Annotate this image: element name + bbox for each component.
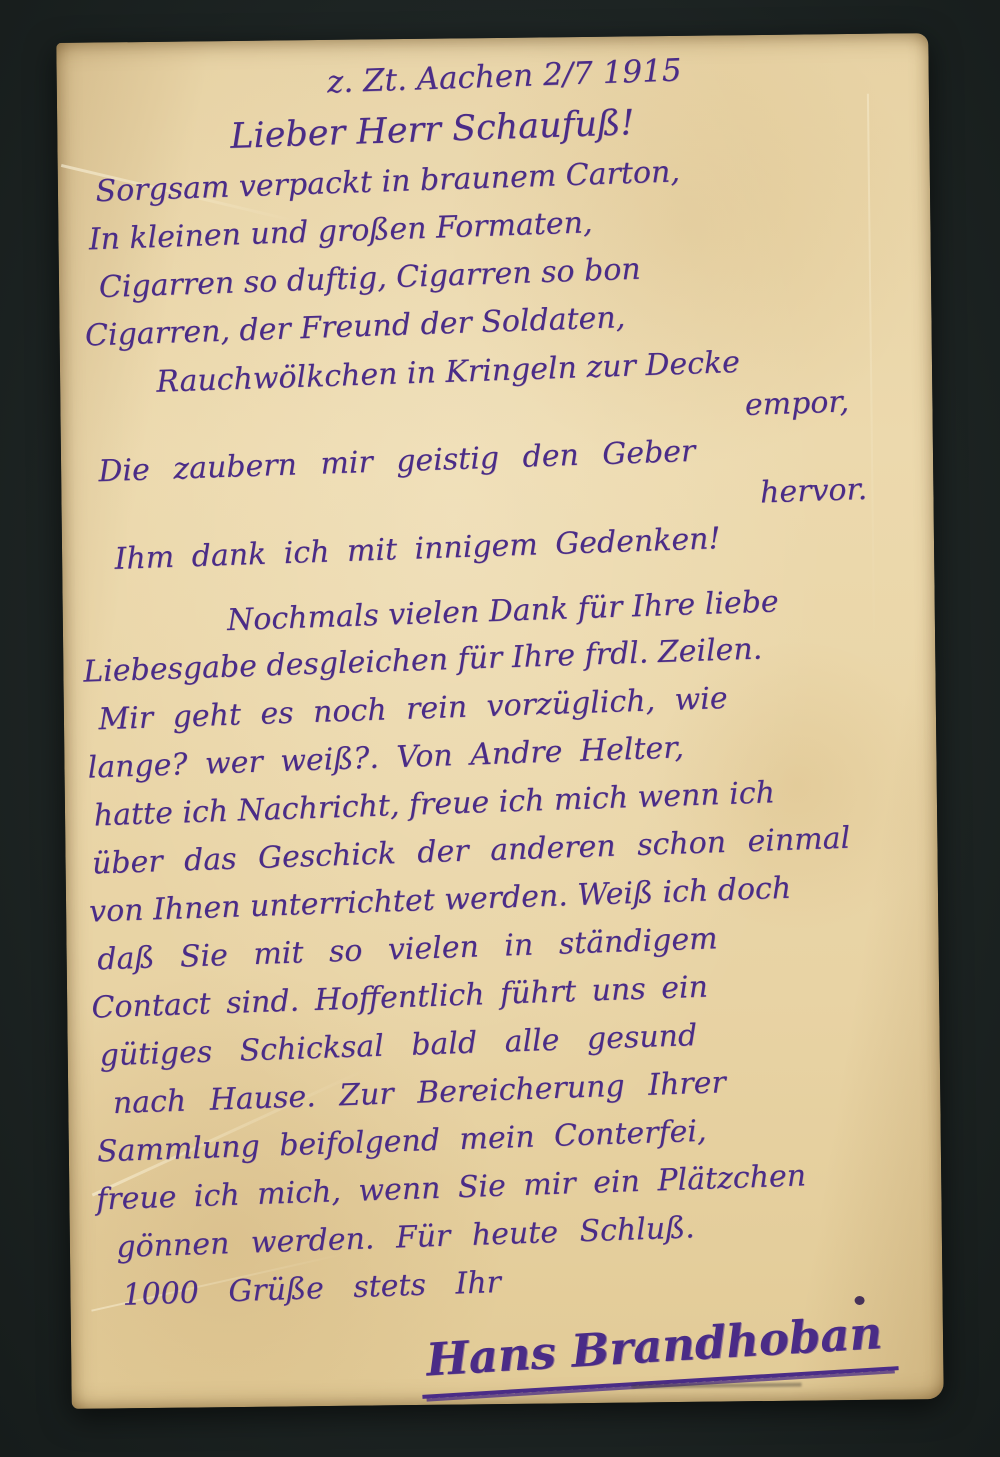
signature-row: Hans Brandhoban	[419, 1305, 951, 1393]
letter-text: z. Zt. Aachen 2/7 1915 Lieber Herr Schau…	[69, 44, 951, 1400]
ink-blot	[855, 1296, 865, 1305]
letter-paper: z. Zt. Aachen 2/7 1915 Lieber Herr Schau…	[56, 33, 943, 1409]
photo-background: z. Zt. Aachen 2/7 1915 Lieber Herr Schau…	[0, 0, 1000, 1457]
printer-imprint-mark	[632, 1383, 802, 1389]
